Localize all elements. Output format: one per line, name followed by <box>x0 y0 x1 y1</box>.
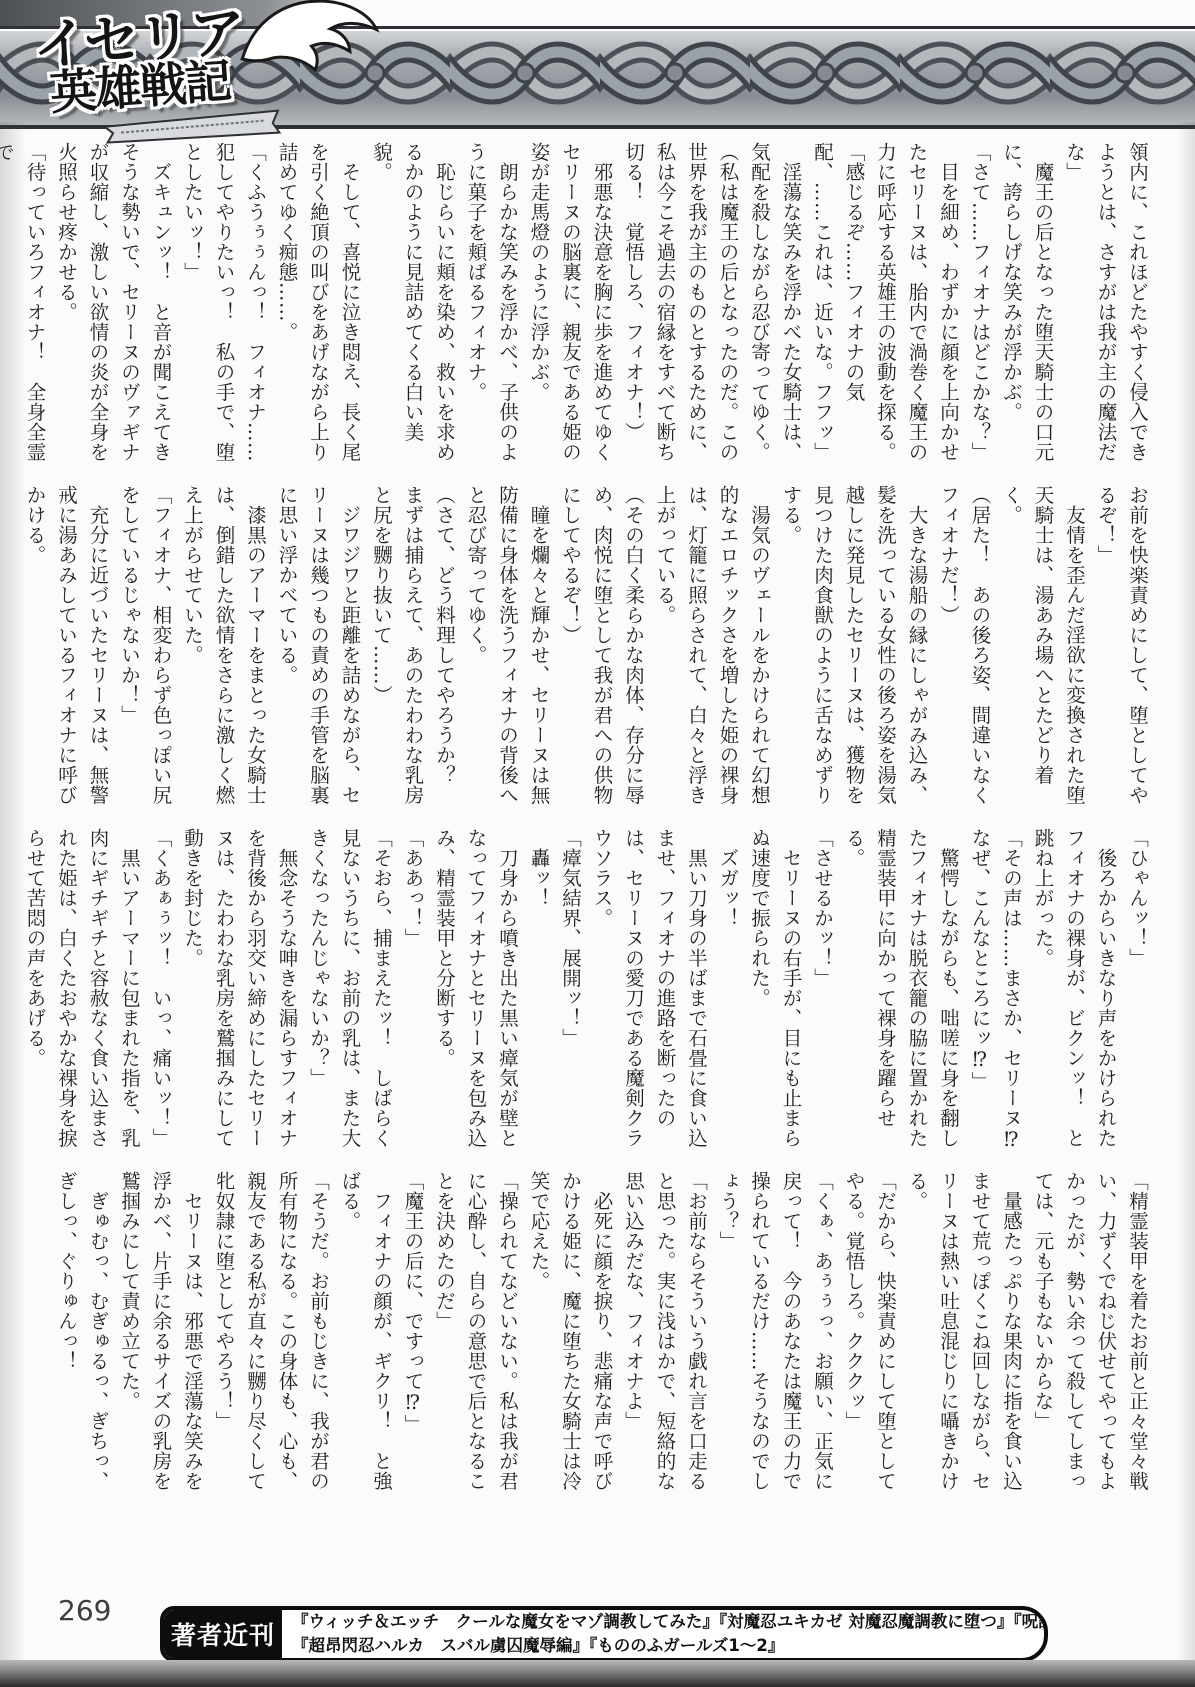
paragraph: 「感じるぞ……フィオナの気配、……これは、近いな。フフッ」 <box>807 142 870 480</box>
paragraph: （その白く柔らかな肉体、存分に辱め、肉悦に堕として我が君への供物にしてやるぞ！） <box>555 485 650 823</box>
paragraph: 恥じらいに頬を染め、救いを求めるかのように見詰めてくる白い美貌。 <box>366 142 461 480</box>
paragraph: そして、喜悦に泣き悶え、長く尾を引く絶頂の叫びをあげながら上り詰めてゆく痴態……… <box>271 142 366 480</box>
paragraph: 「だから、快楽責めにして堕としてやる。覚悟しろ。クククッ」 <box>838 1171 901 1509</box>
text-band-2: お前を快楽責めにして、堕としてやるぞ！」 友情を歪んだ淫欲に変換された堕天騎士は… <box>19 485 1153 823</box>
scanned-novel-page: イセリア 英雄戦記 領内に、これほどたやすく侵入できようとは、さすがは我が主の魔… <box>0 0 1195 1687</box>
paragraph: 轟ッ！ <box>523 828 555 1166</box>
text-band-4: 「精霊装甲を着たお前と正々堂々戦い、力ずくでねじ伏せてやってもよかったが、勢い余… <box>51 1171 1154 1509</box>
paragraph: 「くふうぅぅんっ！ フィオナ……犯してやりたいっ！ 私の手で、堕としたいッ！」 <box>177 142 272 480</box>
paragraph: 黒い刀身の半ばまで石畳に食い込ませ、フィオナの進路を断ったのは、セリーヌの愛刀で… <box>586 828 712 1166</box>
paragraph: 「瘴気結界、展開ッ！」 <box>555 828 587 1166</box>
paragraph: （居た！ あの後ろ姿、間違いなくフィオナだ！） <box>933 485 996 823</box>
paragraph: 「精霊装甲を着たお前と正々堂々戦い、力ずくでねじ伏せてやってもよかったが、勢い余… <box>1027 1171 1153 1509</box>
paragraph: 黒いアーマーに包まれた指を、乳肉にギチギチと容赦なく食い込まされた姫は、白くたお… <box>19 828 145 1166</box>
paragraph: 「ひゃんッ！」 <box>1122 828 1154 1166</box>
paragraph: 「お前ならそういう戯れ言を口走ると思った。実に浅はかで、短絡的な思い込みだな、フ… <box>618 1171 713 1509</box>
text-band-1: 領内に、これほどたやすく侵入できようとは、さすがは我が主の魔法だな」 魔王の后と… <box>0 142 1153 480</box>
paragraph: ぎゅむっ、むぎゅるっ、ぎちっ、ぎしっ、ぐりゅんっ！ <box>51 1171 114 1509</box>
scan-edge-shadow-right <box>1177 122 1195 1660</box>
paragraph: 刀身から噴き出た黒い瘴気が壁となってフィオナとセリーヌを包み込み、精霊装甲と分断… <box>429 828 524 1166</box>
paragraph: 「くぁ、あぅぅっ、お願い、正気に戻って！ 今のあなたは魔王の力で操られているだけ… <box>712 1171 838 1509</box>
paragraph: 「させるかッ！」 <box>807 828 839 1166</box>
paragraph: 大きな湯船の縁にしゃがみ込み、髪を洗っている女性の後ろ姿を湯気越しに発見したセリ… <box>775 485 933 823</box>
paragraph: 友情を歪んだ淫欲に変換された堕天騎士は、湯あみ場へとたどり着く。 <box>996 485 1091 823</box>
paragraph: セリーヌの右手が、目にも止まらぬ速度で振られた。 <box>744 828 807 1166</box>
paragraph: 「ああっ！」 <box>397 828 429 1166</box>
paragraph: 邪悪な決意を胸に歩を進めてゆくセリーヌの脳裏に、親友である姫の姿が走馬燈のように… <box>523 142 618 480</box>
paragraph: ズガッ！ <box>712 828 744 1166</box>
paragraph: フィオナの顔が、ギクリ！ と強ばる。 <box>334 1171 397 1509</box>
paragraph: 領内に、これほどたやすく侵入できようとは、さすがは我が主の魔法だな」 <box>1059 142 1154 480</box>
paragraph: 朗らかな笑みを浮かべ、子供のように菓子を頬ばるフィオナ。 <box>460 142 523 480</box>
paragraph: 目を細め、わずかに顔を上向かせたセリーヌは、胎内で渦巻く魔王の力に呼応する英雄王… <box>870 142 965 480</box>
paragraph: 量感たっぷりな果肉に指を食い込ませて荒っぽくこね回しながら、セリーヌは熱い吐息混… <box>901 1171 1027 1509</box>
book-titles-line1: 『ウィッチ＆エッチ クールな魔女をマゾ調教してみた』『対魔忍ユキカゼ 対魔忍魔調… <box>292 1610 1048 1634</box>
paragraph: 「さて……フィオナはどこかな？」 <box>964 142 996 480</box>
book-titles: 『ウィッチ＆エッチ クールな魔女をマゾ調教してみた』『対魔忍ユキカゼ 対魔忍魔調… <box>282 1610 1048 1658</box>
paragraph: 「フィオナ、相変わらず色っぽい尻をしているじゃないか！」 <box>114 485 177 823</box>
author-recent-works-label: 著者近刊 <box>164 1610 282 1658</box>
paragraph: 「そうだ。お前もじきに、我が君の所有物になる。この身体も、心も、親友である私が直… <box>208 1171 334 1509</box>
paragraph: 無念そうな呻きを漏らすフィオナを背後から羽交い締めにしたセリーヌは、たわわな乳房… <box>177 828 303 1166</box>
paragraph: 湯気のヴェールをかけられて幻想的なエロチックさを増した姫の裸身は、灯籠に照らされ… <box>649 485 775 823</box>
paragraph: （さて、どう料理してやろうか？ まずは捕らえて、あのたわわな乳房と尻を嬲り抜いて… <box>366 485 461 823</box>
paragraph: 魔王の后となった堕天騎士の口元に、誇らしげな笑みが浮かぶ。 <box>996 142 1059 480</box>
paragraph: 「その声は……まさか、セリーヌ⁉ なぜ、こんなところにッ⁉」 <box>964 828 1027 1166</box>
paragraph: 「くあぁぅッ！ いっ、痛いッ！」 <box>145 828 177 1166</box>
paragraph: ズキュンッ！ と音が聞こえてきそうな勢いで、セリーヌのヴァギナが収縮し、激しい欲… <box>51 142 177 480</box>
paragraph: 驚愕しながらも、咄嗟に身を翻したフィオナは脱衣籠の脇に置かれた精霊装甲に向かって… <box>838 828 964 1166</box>
book-titles-line2: 『超昂閃忍ハルカ スバル虜囚魔辱編』『もののふガールズ1〜2』 <box>292 1634 1048 1658</box>
paragraph: 「操られてなどいない。私は我が君に心酔し、自らの意思で后となることを決めたのだ」 <box>429 1171 524 1509</box>
text-band-3: 「ひゃんッ！」 後ろからいきなり声をかけられたフィオナの裸身が、ビクンッ！ と跳… <box>19 828 1153 1166</box>
paragraph: （私は魔王の后となったのだ。この世界を我が主のものとするために、私は今こそ過去の… <box>618 142 744 480</box>
paragraph: ジワジワと距離を詰めながら、セリーヌは幾つもの責めの手管を脳裏に思い浮かべている… <box>271 485 366 823</box>
paragraph: 「魔王の后に、ですって⁉」 <box>397 1171 429 1509</box>
paragraph: 充分に近づいたセリーヌは、無警戒に湯あみしているフィオナに呼びかける。 <box>19 485 114 823</box>
paragraph: お前を快楽責めにして、堕としてやるぞ！」 <box>1090 485 1153 823</box>
paragraph: 「そおら、捕まえたッ！ しばらく見ないうちに、お前の乳は、また大きくなったんじゃ… <box>303 828 398 1166</box>
scan-edge-shadow-bottom <box>0 1660 1195 1687</box>
paragraph: 瞳を爛々と輝かせ、セリーヌは無防備に身体を洗うフィオナの背後へと忍び寄ってゆく。 <box>460 485 555 823</box>
paragraph: セリーヌは、邪悪で淫蕩な笑みを浮かべ、片手に余るサイズの乳房を鷲掴みにして責め立… <box>114 1171 209 1509</box>
paragraph: 後ろからいきなり声をかけられたフィオナの裸身が、ビクンッ！ と跳ね上がった。 <box>1027 828 1122 1166</box>
paragraph: 漆黒のアーマーをまとった女騎士は、倒錯した欲情をさらに激しく燃え上がらせていた。 <box>177 485 272 823</box>
author-books-banner: 著者近刊 『ウィッチ＆エッチ クールな魔女をマゾ調教してみた』『対魔忍ユキカゼ … <box>160 1606 1048 1662</box>
scan-edge-shadow-left <box>0 122 26 1660</box>
page-number: 269 <box>58 1594 111 1627</box>
paragraph: 淫蕩な笑みを浮かべた女騎士は、気配を殺しながら忍び寄ってゆく。 <box>744 142 807 480</box>
paragraph: 必死に顔を捩り、悲痛な声で呼びかける姫に、魔に堕ちた女騎士は冷笑で応えた。 <box>523 1171 618 1509</box>
